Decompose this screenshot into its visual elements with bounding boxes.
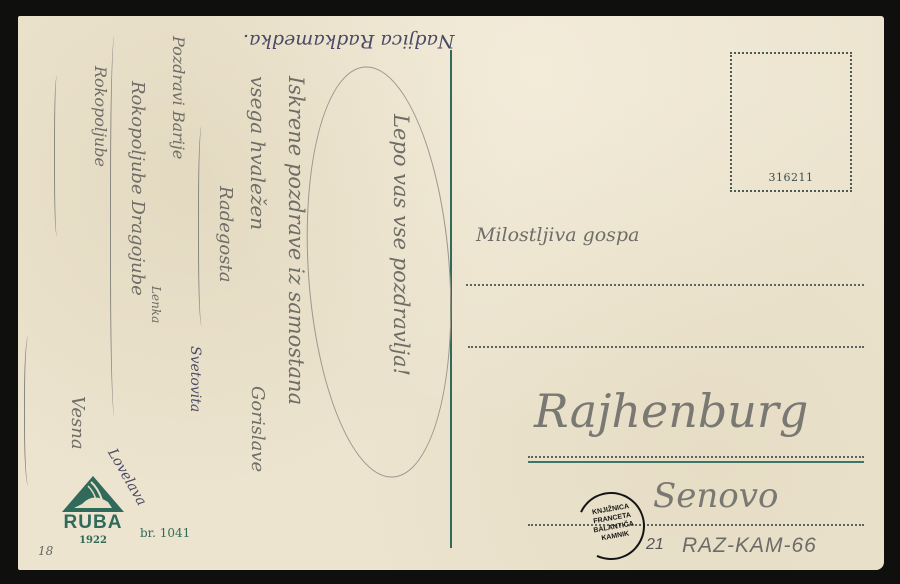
stamp-placeholder: 316211 bbox=[730, 52, 852, 192]
sender-signature-top: Nadjica Radkamedka. bbox=[243, 30, 454, 52]
postcard: Nadjica Radkamedka. Lepo vas vse pozdrav… bbox=[18, 16, 884, 570]
message-line-5: Svetovita bbox=[187, 346, 203, 412]
pencil-flourish bbox=[198, 126, 207, 326]
address-post: Senovo bbox=[653, 476, 778, 516]
address-underline bbox=[528, 461, 864, 463]
message-oval bbox=[294, 62, 464, 483]
address-place: Rajhenburg bbox=[534, 384, 808, 438]
signature-3: Rokopoljube Dragojube bbox=[127, 81, 148, 296]
address-line-2 bbox=[468, 346, 864, 348]
publisher-logo: RUBA 1922 bbox=[58, 474, 128, 546]
message-line-2: vsega hvaležen bbox=[246, 76, 270, 230]
address-line-1 bbox=[466, 284, 864, 286]
publisher-name: RUBA bbox=[58, 512, 128, 534]
call-number: RAZ-KAM-66 bbox=[682, 534, 817, 558]
signature-5: Vesna bbox=[67, 396, 88, 450]
stamp-box-number: 316211 bbox=[732, 171, 850, 184]
address-salutation: Milostljiva gospa bbox=[476, 224, 639, 246]
message-line-1: Iskrene pozdrave iz samostana bbox=[284, 76, 308, 405]
address-line-3 bbox=[528, 456, 864, 458]
series-number: br. 1041 bbox=[140, 526, 190, 540]
pencil-flourish bbox=[110, 36, 121, 416]
signature-4: Lenka bbox=[149, 286, 163, 323]
inventory-stamp-number: 21 bbox=[646, 536, 664, 554]
signature-1: Pozdravi Barije bbox=[169, 36, 188, 159]
mountain-logo-icon bbox=[58, 474, 128, 514]
pencil-flourish bbox=[54, 76, 61, 236]
pencil-flourish bbox=[24, 336, 35, 486]
publisher-year: 1922 bbox=[58, 535, 128, 546]
page-mark: 18 bbox=[38, 544, 53, 558]
oval-message: Lepo vas vse pozdravlja! bbox=[389, 114, 413, 376]
signature-2: Rokopoljube bbox=[91, 66, 110, 167]
message-line-4: Gorislave bbox=[247, 386, 268, 472]
message-line-3: Radegosta bbox=[215, 186, 236, 282]
